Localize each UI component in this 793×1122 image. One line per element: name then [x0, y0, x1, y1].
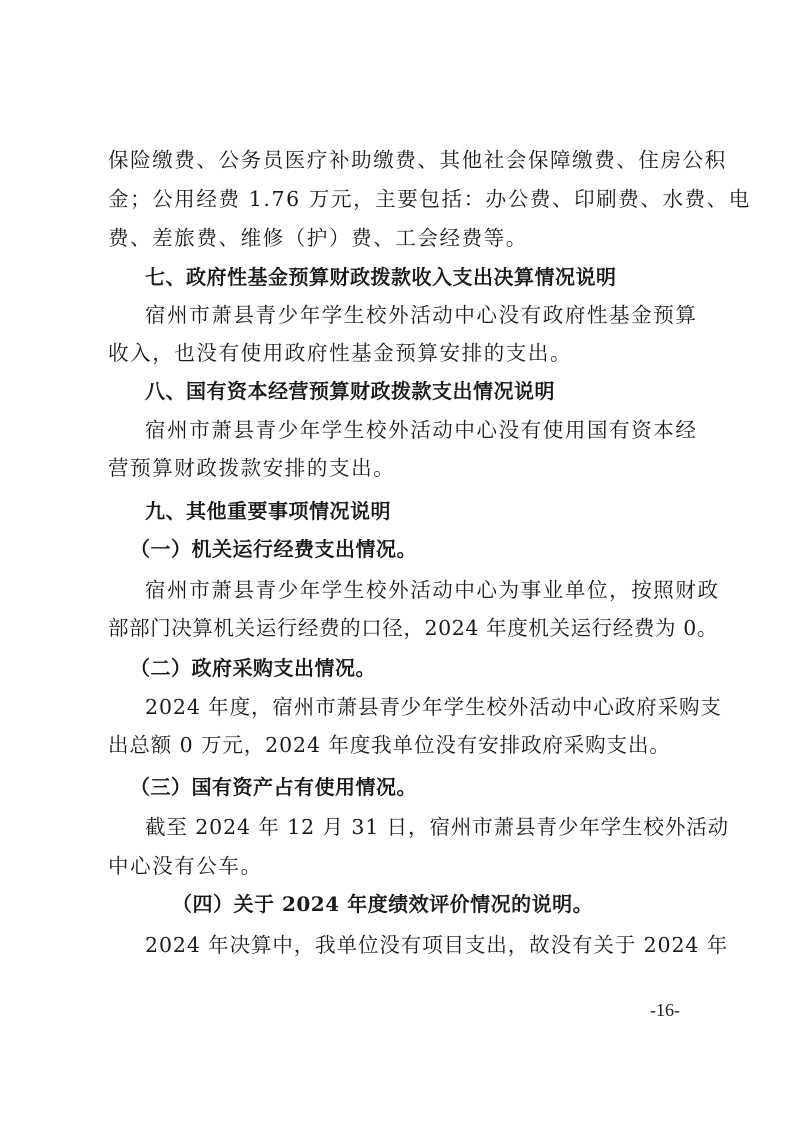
body-text-line: 宿州市萧县青少年学生校外活动中心没有使用国有资本经	[145, 416, 692, 444]
body-text-line: 2024 年度，宿州市萧县青少年学生校外活动中心政府采购支	[145, 693, 692, 721]
section-heading-9: 九、其他重要事项情况说明	[145, 497, 692, 525]
body-text-line: 部部门决算机关运行经费的口径，2024 年度机关运行经费为 0。	[108, 614, 692, 642]
body-text-line: 2024 年决算中，我单位没有项目支出，故没有关于 2024 年	[145, 931, 692, 959]
document-page: 保险缴费、公务员医疗补助缴费、其他社会保障缴费、住房公积 金；公用经费 1.76…	[0, 0, 793, 1122]
body-text-line: 中心没有公车。	[108, 852, 692, 880]
section-heading-7: 七、政府性基金预算财政拨款收入支出决算情况说明	[145, 263, 692, 291]
body-text-line: 截至 2024 年 12 月 31 日，宿州市萧县青少年学生校外活动	[145, 813, 692, 841]
body-text-line: 金；公用经费 1.76 万元，主要包括：办公费、印刷费、水费、电	[108, 185, 692, 213]
body-text-line: 出总额 0 万元，2024 年度我单位没有安排政府采购支出。	[108, 731, 692, 759]
body-text-line: 费、差旅费、维修（护）费、工会经费等。	[108, 224, 692, 252]
body-text-line: 保险缴费、公务员医疗补助缴费、其他社会保障缴费、住房公积	[108, 146, 692, 174]
body-text-line: 宿州市萧县青少年学生校外活动中心为事业单位，按照财政	[145, 576, 692, 604]
body-text-line: 营预算财政拨款安排的支出。	[108, 454, 692, 482]
section-heading-8: 八、国有资本经营预算财政拨款支出情况说明	[145, 377, 692, 405]
body-text-line: 宿州市萧县青少年学生校外活动中心没有政府性基金预算	[145, 301, 692, 329]
subheading-1: （一）机关运行经费支出情况。	[130, 535, 714, 563]
subheading-2: （二）政府采购支出情况。	[130, 654, 714, 682]
subheading-4: （四）关于 2024 年度绩效评价情况的说明。	[172, 890, 756, 918]
page-number: -16-	[650, 1000, 680, 1021]
subheading-3: （三）国有资产占有使用情况。	[130, 773, 714, 801]
body-text-line: 收入，也没有使用政府性基金预算安排的支出。	[108, 339, 692, 367]
